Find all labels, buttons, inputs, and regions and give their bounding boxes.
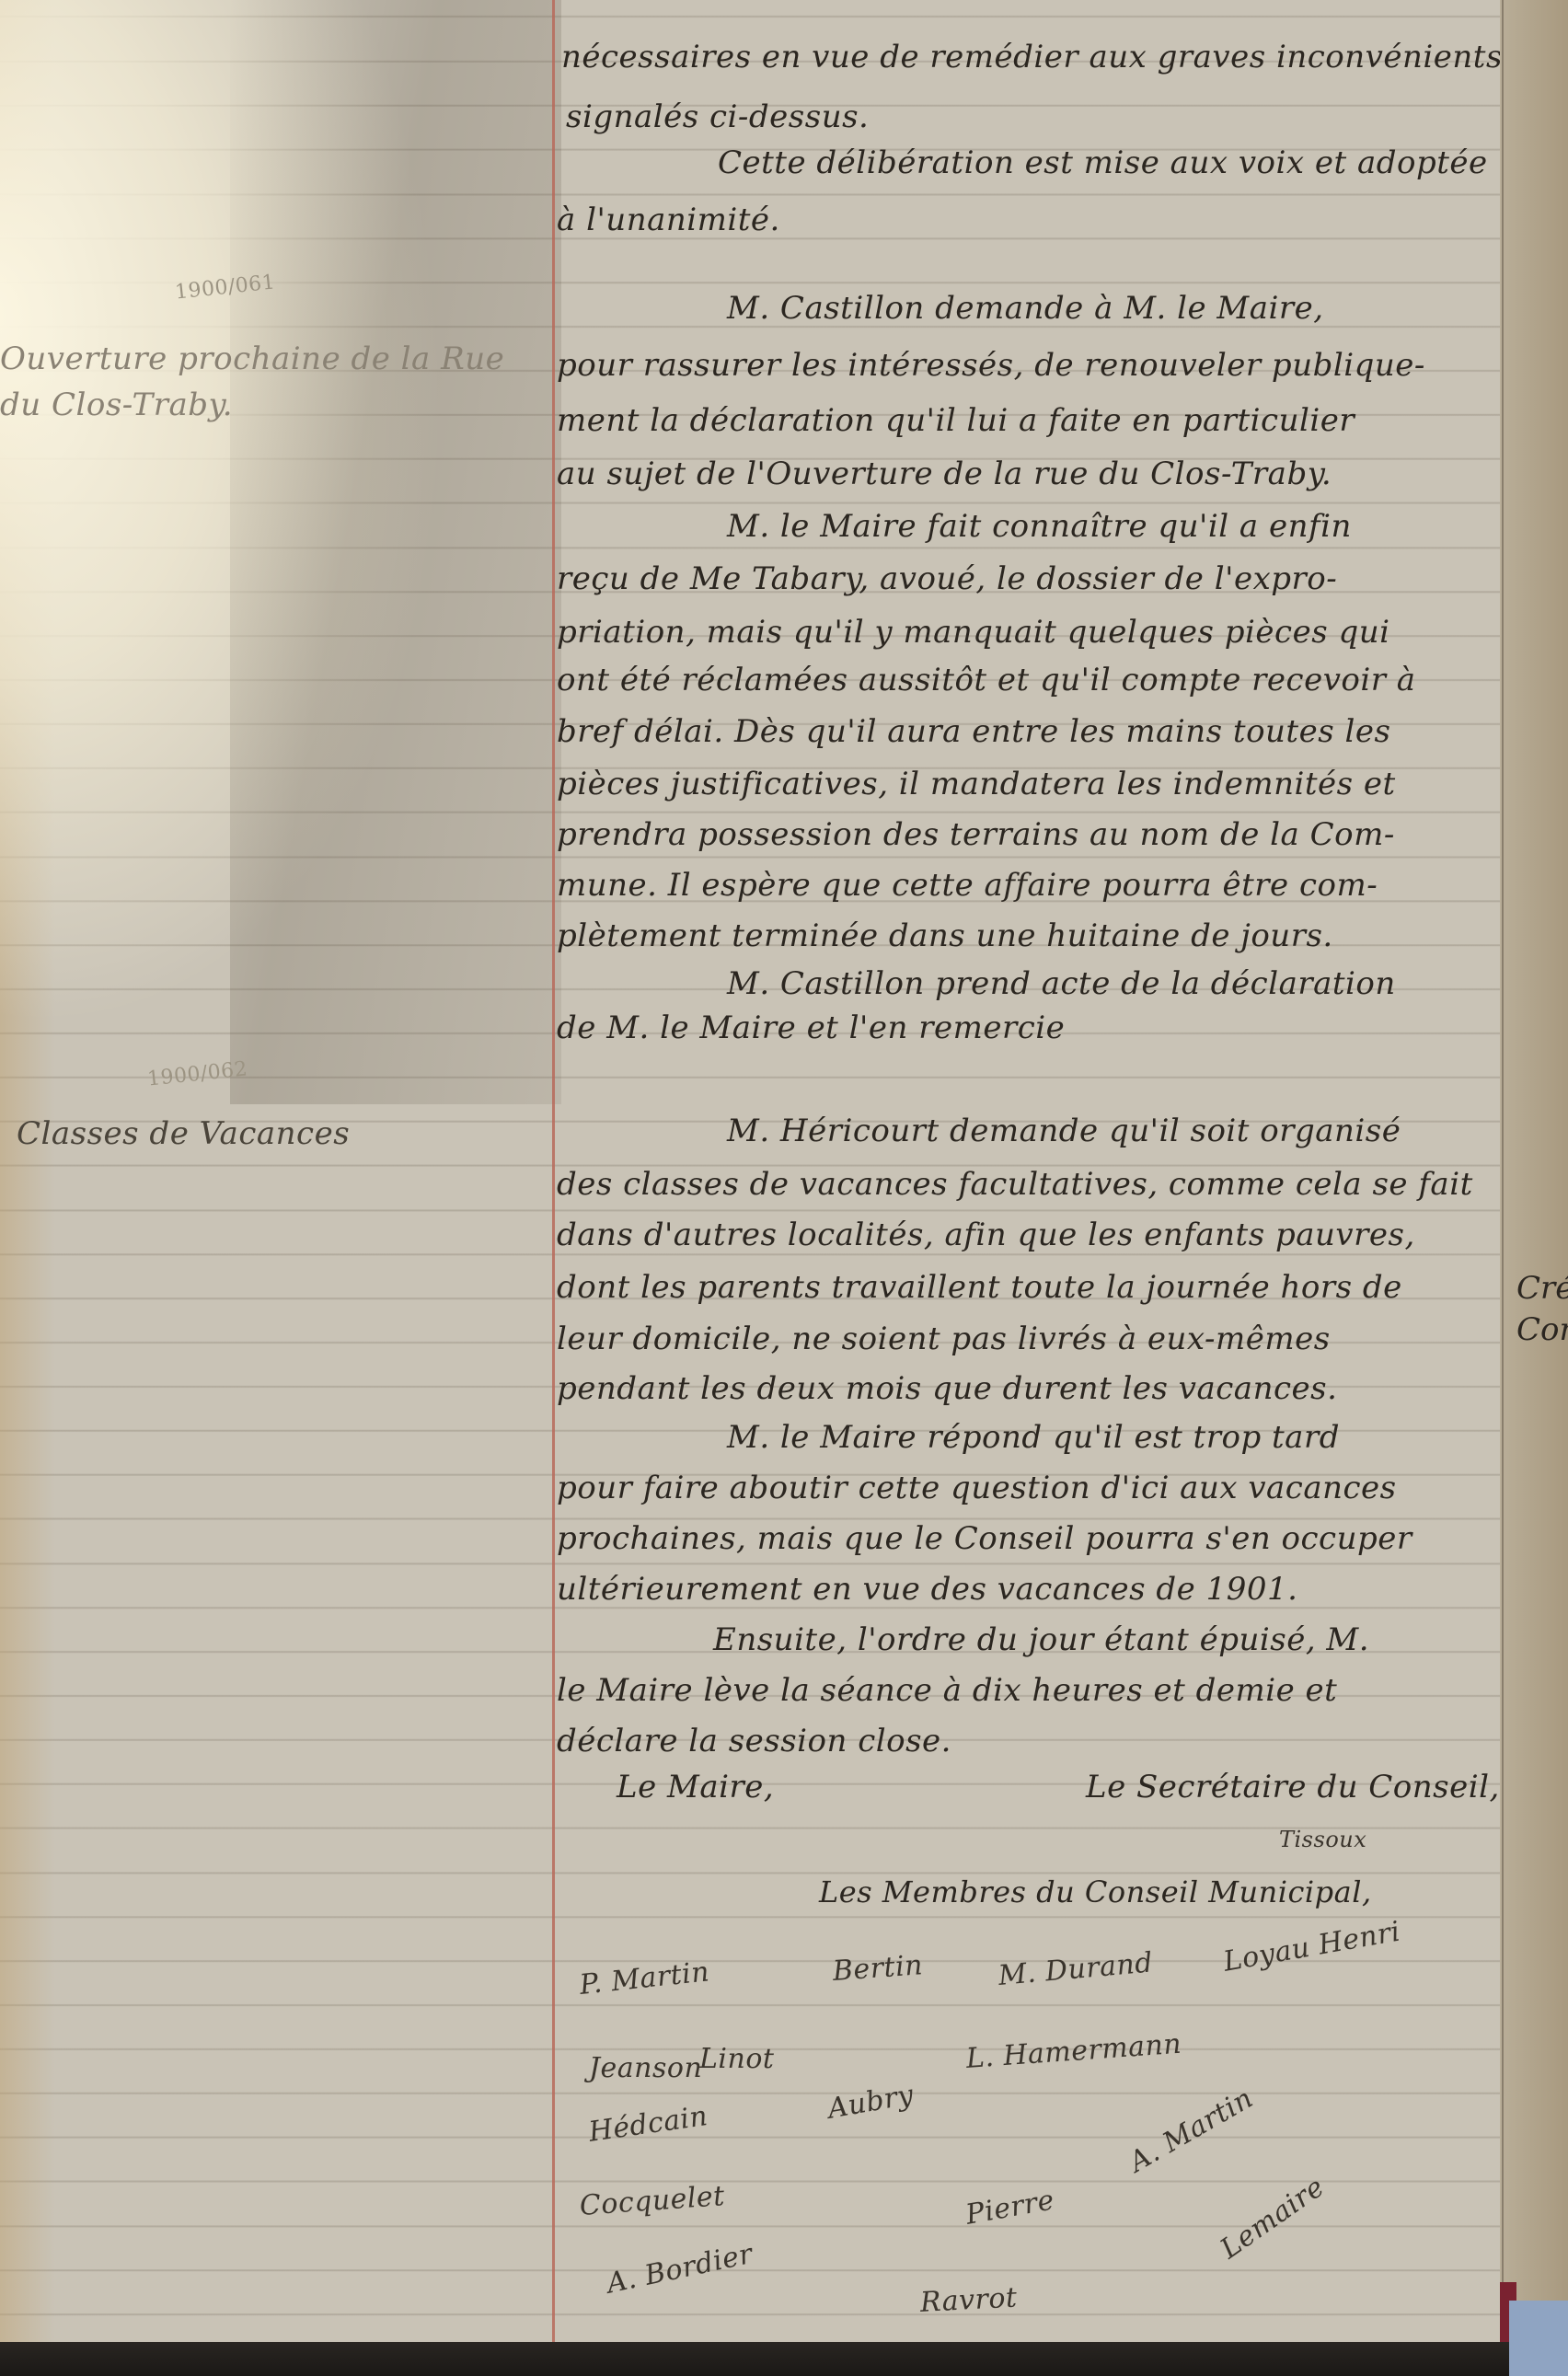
body-line: leur domicile, ne soient pas livrés à eu… [557,1323,1331,1355]
next-page-text: Con [1516,1311,1568,1348]
body-line: reçu de Me Tabary, avoué, le dossier de … [557,563,1337,594]
signature: Linot [699,2043,774,2075]
body-line: pièces justificatives, il mandatera les … [557,768,1396,800]
members-label: Les Membres du Conseil Municipal, [819,1877,1372,1907]
body-line: M. Héricourt demande qu'il soit organisé [727,1115,1401,1147]
body-line: pour faire aboutir cette question d'ici … [557,1472,1397,1504]
mayor-label: Le Maire, [617,1771,774,1803]
body-line: M. le Maire fait connaître qu'il a enfin [727,511,1352,542]
body-line: M. Castillon demande à M. le Maire, [727,293,1324,324]
body-line: priation, mais qu'il y manquait quelques… [557,617,1390,648]
body-line: prochaines, mais que le Conseil pourra s… [557,1523,1412,1554]
body-line: ultérieurement en vue des vacances de 19… [557,1574,1297,1605]
body-line: plètement terminée dans une huitaine de … [557,920,1333,952]
margin-title: du Clos-Traby. [0,386,233,423]
signature: Ravrot [919,2281,1018,2318]
body-line: dans d'autres localités, afin que les en… [557,1219,1415,1251]
body-line: M. Castillon prend acte de la déclaratio… [727,968,1396,999]
body-line: ment la déclaration qu'il lui a faite en… [557,405,1355,436]
signature: Bertin [832,1949,924,1988]
register-page: 1900/061 Ouverture prochaine de la Rue d… [0,0,1509,2342]
body-line: le Maire lève la séance à dix heures et … [557,1675,1337,1706]
body-line: au sujet de l'Ouverture de la rue du Clo… [557,458,1332,490]
secretary-label: Le Secrétaire du Conseil, [1086,1771,1500,1803]
body-line: déclare la session close. [557,1725,951,1757]
body-line: des classes de vacances facultatives, co… [557,1169,1473,1200]
body-line: signalés ci-dessus. [566,101,869,133]
next-page-edge [1500,0,1568,2376]
margin-title: Ouverture prochaine de la Rue [0,340,504,377]
body-line: prendra possession des terrains au nom d… [557,819,1395,850]
body-line: Cette délibération est mise aux voix et … [718,147,1488,179]
body-line: à l'unanimité. [557,204,780,236]
margin-rule [552,0,555,2342]
signature: Jeanson [589,2052,702,2084]
body-line: M. le Maire répond qu'il est trop tard [727,1422,1340,1453]
body-line: bref délai. Dès qu'il aura entre les mai… [557,716,1390,747]
background-surface [1509,2301,1568,2376]
margin-title: Classes de Vacances [17,1115,350,1152]
body-line: pendant les deux mois que durent les vac… [557,1373,1337,1404]
next-page-text: Cré [1516,1270,1568,1307]
body-line: dont les parents travaillent toute la jo… [557,1272,1402,1303]
body-line: mune. Il espère que cette affaire pourra… [557,870,1378,901]
book-bottom-edge [0,2342,1568,2376]
body-line: ont été réclamées aussitôt et qu'il comp… [557,664,1416,696]
body-line: pour rassurer les intéressés, de renouve… [557,350,1425,381]
body-line: nécessaires en vue de remédier aux grave… [561,41,1503,73]
secretary-signature: Tissoux [1279,1827,1366,1852]
body-line: de M. le Maire et l'en remercie [557,1012,1065,1044]
body-line: Ensuite, l'ordre du jour étant épuisé, M… [713,1624,1369,1655]
page-fold-line [1502,0,1504,2282]
